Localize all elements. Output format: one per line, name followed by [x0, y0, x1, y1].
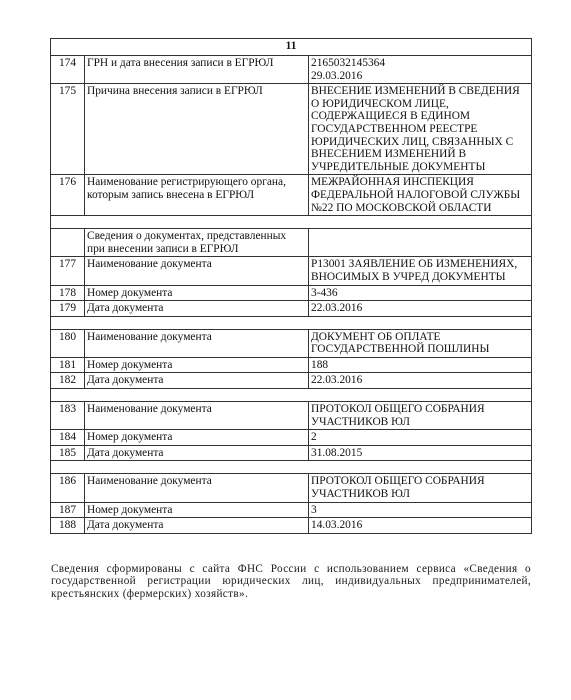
field-value: ДОКУМЕНТ ОБ ОПЛАТЕ ГОСУДАРСТВЕННОЙ ПОШЛИ…	[309, 329, 532, 357]
egrul-table-body: 11 174ГРН и дата внесения записи в ЕГРЮЛ…	[51, 39, 532, 534]
field-label: Номер документа	[85, 502, 309, 518]
source-note: Сведения сформированы с сайта ФНС России…	[51, 563, 531, 600]
table-row: 188Дата документа14.03.2016	[51, 518, 532, 534]
field-label: Наименование регистрирующего органа, кот…	[85, 175, 309, 216]
field-value: ВНЕСЕНИЕ ИЗМЕНЕНИЙ В СВЕДЕНИЯ О ЮРИДИЧЕС…	[309, 84, 532, 175]
field-label: Номер документа	[85, 430, 309, 446]
field-label: Номер документа	[85, 357, 309, 373]
table-row: 175Причина внесения записи в ЕГРЮЛВНЕСЕН…	[51, 84, 532, 175]
spacer-row	[51, 216, 532, 229]
table-row: Сведения о документах, представленных пр…	[51, 229, 532, 257]
field-label: Наименование документа	[85, 257, 309, 285]
field-label: Наименование документа	[85, 402, 309, 430]
field-value: 14.03.2016	[309, 518, 532, 534]
field-value: 3-436	[309, 285, 532, 301]
row-number: 182	[51, 373, 85, 389]
field-label: Дата документа	[85, 518, 309, 534]
field-value: 31.08.2015	[309, 445, 532, 461]
field-value: 188	[309, 357, 532, 373]
table-row: 178Номер документа3-436	[51, 285, 532, 301]
field-value: 22.03.2016	[309, 373, 532, 389]
row-number: 183	[51, 402, 85, 430]
row-number: 180	[51, 329, 85, 357]
row-number: 174	[51, 56, 85, 84]
field-value: 22.03.2016	[309, 301, 532, 317]
field-label: Сведения о документах, представленных пр…	[85, 229, 309, 257]
document-page: 11 174ГРН и дата внесения записи в ЕГРЮЛ…	[0, 0, 571, 700]
table-row: 183Наименование документаПРОТОКОЛ ОБЩЕГО…	[51, 402, 532, 430]
field-value: 2165032145364 29.03.2016	[309, 56, 532, 84]
spacer-cell	[51, 389, 532, 402]
section-number: 11	[51, 39, 532, 56]
row-number: 179	[51, 301, 85, 317]
row-number: 177	[51, 257, 85, 285]
spacer-row	[51, 316, 532, 329]
field-label: Наименование документа	[85, 474, 309, 502]
table-row: 181Номер документа188	[51, 357, 532, 373]
field-value	[309, 229, 532, 257]
field-label: Дата документа	[85, 373, 309, 389]
field-value: 3	[309, 502, 532, 518]
table-row: 180Наименование документаДОКУМЕНТ ОБ ОПЛ…	[51, 329, 532, 357]
field-label: Дата документа	[85, 301, 309, 317]
field-label: Причина внесения записи в ЕГРЮЛ	[85, 84, 309, 175]
row-number: 178	[51, 285, 85, 301]
table-row: 182Дата документа22.03.2016	[51, 373, 532, 389]
table-row: 185Дата документа31.08.2015	[51, 445, 532, 461]
spacer-row	[51, 461, 532, 474]
spacer-cell	[51, 316, 532, 329]
field-label: ГРН и дата внесения записи в ЕГРЮЛ	[85, 56, 309, 84]
section-header-row: 11	[51, 39, 532, 56]
spacer-cell	[51, 216, 532, 229]
field-value: Р13001 ЗАЯВЛЕНИЕ ОБ ИЗМЕНЕНИЯХ, ВНОСИМЫХ…	[309, 257, 532, 285]
table-row: 177Наименование документаР13001 ЗАЯВЛЕНИ…	[51, 257, 532, 285]
spacer-row	[51, 389, 532, 402]
field-value: ПРОТОКОЛ ОБЩЕГО СОБРАНИЯ УЧАСТНИКОВ ЮЛ	[309, 402, 532, 430]
row-number: 187	[51, 502, 85, 518]
table-row: 187Номер документа3	[51, 502, 532, 518]
field-value: 2	[309, 430, 532, 446]
field-label: Номер документа	[85, 285, 309, 301]
row-number	[51, 229, 85, 257]
table-row: 184Номер документа2	[51, 430, 532, 446]
table-row: 186Наименование документаПРОТОКОЛ ОБЩЕГО…	[51, 474, 532, 502]
row-number: 176	[51, 175, 85, 216]
row-number: 188	[51, 518, 85, 534]
row-number: 186	[51, 474, 85, 502]
table-row: 176Наименование регистрирующего органа, …	[51, 175, 532, 216]
egrul-table: 11 174ГРН и дата внесения записи в ЕГРЮЛ…	[50, 38, 532, 534]
table-row: 179Дата документа22.03.2016	[51, 301, 532, 317]
field-value: МЕЖРАЙОННАЯ ИНСПЕКЦИЯ ФЕДЕРАЛЬНОЙ НАЛОГО…	[309, 175, 532, 216]
row-number: 175	[51, 84, 85, 175]
field-label: Дата документа	[85, 445, 309, 461]
row-number: 181	[51, 357, 85, 373]
row-number: 185	[51, 445, 85, 461]
spacer-cell	[51, 461, 532, 474]
field-value: ПРОТОКОЛ ОБЩЕГО СОБРАНИЯ УЧАСТНИКОВ ЮЛ	[309, 474, 532, 502]
row-number: 184	[51, 430, 85, 446]
table-row: 174ГРН и дата внесения записи в ЕГРЮЛ216…	[51, 56, 532, 84]
field-label: Наименование документа	[85, 329, 309, 357]
